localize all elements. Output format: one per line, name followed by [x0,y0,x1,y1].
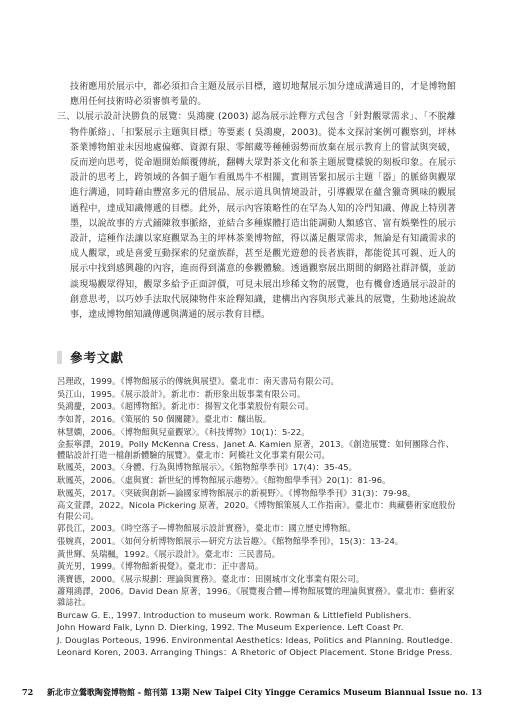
body-line: 事，達成博物館知識傳遞與溝通的展示教育目標。 [70,308,456,323]
body-line: 談現場觀眾得知，觀眾多給予正面評價，可見未展出珍稀文物的展覽，也有機會透過展示設… [70,278,456,293]
article-body: 技術應用於展示中，都必須扣合主題及展示目標，適切地幫展示加分達成溝通目的，才是博… [57,80,456,323]
journal-issue-line: 新北市立鶯歌陶瓷博物館 - 館刊第 13期 New Taipei City Yi… [47,687,482,697]
reference-item: John Howard Falk, Lynn D. Dierking, 1992… [57,622,456,633]
reference-item: 耿鳳英，2006。〈虛與實：新世紀的博物館展示趨勢〉。《館物館學季刊》20(1)… [57,475,456,486]
reference-item: 張婉真，2001。〈如何分析博物館展示—研究方法旨趣〉。《館物館學季刊》，15(… [57,536,456,547]
body-line: 過程中，達成知識傳遞的目標。此外，展示內容策略性的在罕為人知的冷門知識、傳說上特… [70,202,456,217]
reference-item: 高文萱譯，2022。Nicola Pickering 原著，2020。《博物館策… [57,500,456,521]
reference-item: 黃光男，1999。《博物館新視覺》。臺北市：正中書局。 [57,561,456,572]
body-line: 創意思考，以巧妙手法取代展陳物件來詮釋知識，建構出內容與形式兼具的展覽，生動地述… [70,293,456,308]
reference-item: 漢寶德，2000。《展示規劃：理論與實務》。臺北市：田園城市文化事業有限公司。 [57,574,456,585]
references-heading-text: 參考文獻 [70,348,124,366]
reference-item: 耿鳳英，2017。〈突破與創新—論國家博物館展示的新視野〉。《博物館學季刊》31… [57,488,456,499]
body-line: 進行溝通，同時藉由豐富多元的借展品、展示道具與情境設計，引導觀眾在蘊含獵奇興味的… [70,186,456,201]
body-line: 設計，這種作法讓以家庭觀眾為主的坪林茶業博物館，得以滿足觀眾需求，無論是有知識需… [70,232,456,247]
reference-item: 林慧嫻，2006。〈博物館與兒童觀眾〉。《科技博物》10(1)：5-22。 [57,427,456,438]
reference-item: 蕭翔鴻譯，2006。David Dean 原著，1996。《展覽複合體—博物館展… [57,586,456,607]
reference-item: Burcaw G. E., 1997. Introduction to muse… [57,610,456,621]
reference-item: 李如菁，2016。《策展的 50 個關鍵》。臺北市：釀出版。 [57,414,456,425]
heading-accent-bar [57,351,62,364]
body-line: 茶業博物館並未因地處偏鄉、資源有限、零館藏等種種弱勢而放棄在展示教育上的嘗試與突… [70,141,456,156]
page-content: 技術應用於展示中，都必須扣合主題及展示目標，適切地幫展示加分達成溝通目的，才是博… [57,80,456,660]
references-section-heading: 參考文獻 [57,348,456,366]
reference-item: 耿鳳英，2003。〈身體、行為與博物館展示〉。《館物館學季刊》17(4)：35-… [57,462,456,473]
reference-item: 郭長江，2003。《時空落子—博物館展示設計實務》，臺北市：國立歷史博物館。 [57,523,456,534]
body-line: 墨，以說故事的方式鋪陳敘事脈絡，並結合多種媒體打造出能調動人類感官、富有娛樂性的… [70,217,456,232]
references-list: 呂理政，1999。《博物館展示的傳統與展望》。臺北市：南天書局有限公司。吳江山，… [57,376,456,658]
reference-item: 黃世輝、吳瑞楓，1992。《展示設計》。臺北市：三民書局。 [57,549,456,560]
document-page: 技術應用於展示中，都必須扣合主題及展示目標，適切地幫展示加分達成溝通目的，才是博… [0,0,512,724]
reference-item: J. Douglas Porteous, 1996. Environmental… [57,635,456,646]
body-line: 三、以展示設計決勝負的展覽：吳鴻慶 (2003) 認為展示詮釋方式包含「針對觀眾… [70,110,456,125]
body-line: 物件脈絡」、「扣緊展示主題與目標」等要素 ( 吳鴻慶，2003)。從本文探討案例… [70,126,456,141]
body-line: 反而逆向思考，從命題開始顛覆傳統，翻轉大眾對茶文化和茶主題展覽樣貌的刻板印象。在… [70,156,456,171]
body-line: 設計的思考上，跨領域的各個子題乍看風馬牛不相關，實則皆緊扣展示主題「器」的脈絡與… [70,171,456,186]
body-line: 成人觀眾，或是喜愛互動探索的兒童族群，甚至是觀光遊憩的長者族群，都能從其可親、近… [70,247,456,262]
reference-item: 吳江山，1995。《展示設計》。新北市：新形象出版事業有限公司。 [57,389,456,400]
page-footer: 72 新北市立鶯歌陶瓷博物館 - 館刊第 13期 New Taipei City… [22,687,482,698]
reference-item: Leonard Koren, 2003. Arranging Things：A … [57,647,456,658]
body-line: 應用任何技術時必須審慎考量的。 [70,95,456,110]
body-line: 技術應用於展示中，都必須扣合主題及展示目標，適切地幫展示加分達成溝通目的，才是博… [70,80,456,95]
body-line: 展示中找到感興趣的內容，進而得到滿意的參觀體驗。透過觀察展出期間的網路社群評價，… [70,262,456,277]
reference-item: 金振寧譯，2019。Polly McKenna Cress、Janet A. K… [57,439,456,460]
reference-item: 吳鴻慶，2003。《超博物館》。新北市：揚智文化事業股份有限公司。 [57,401,456,412]
reference-item: 呂理政，1999。《博物館展示的傳統與展望》。臺北市：南天書局有限公司。 [57,376,456,387]
page-number: 72 [22,687,33,697]
